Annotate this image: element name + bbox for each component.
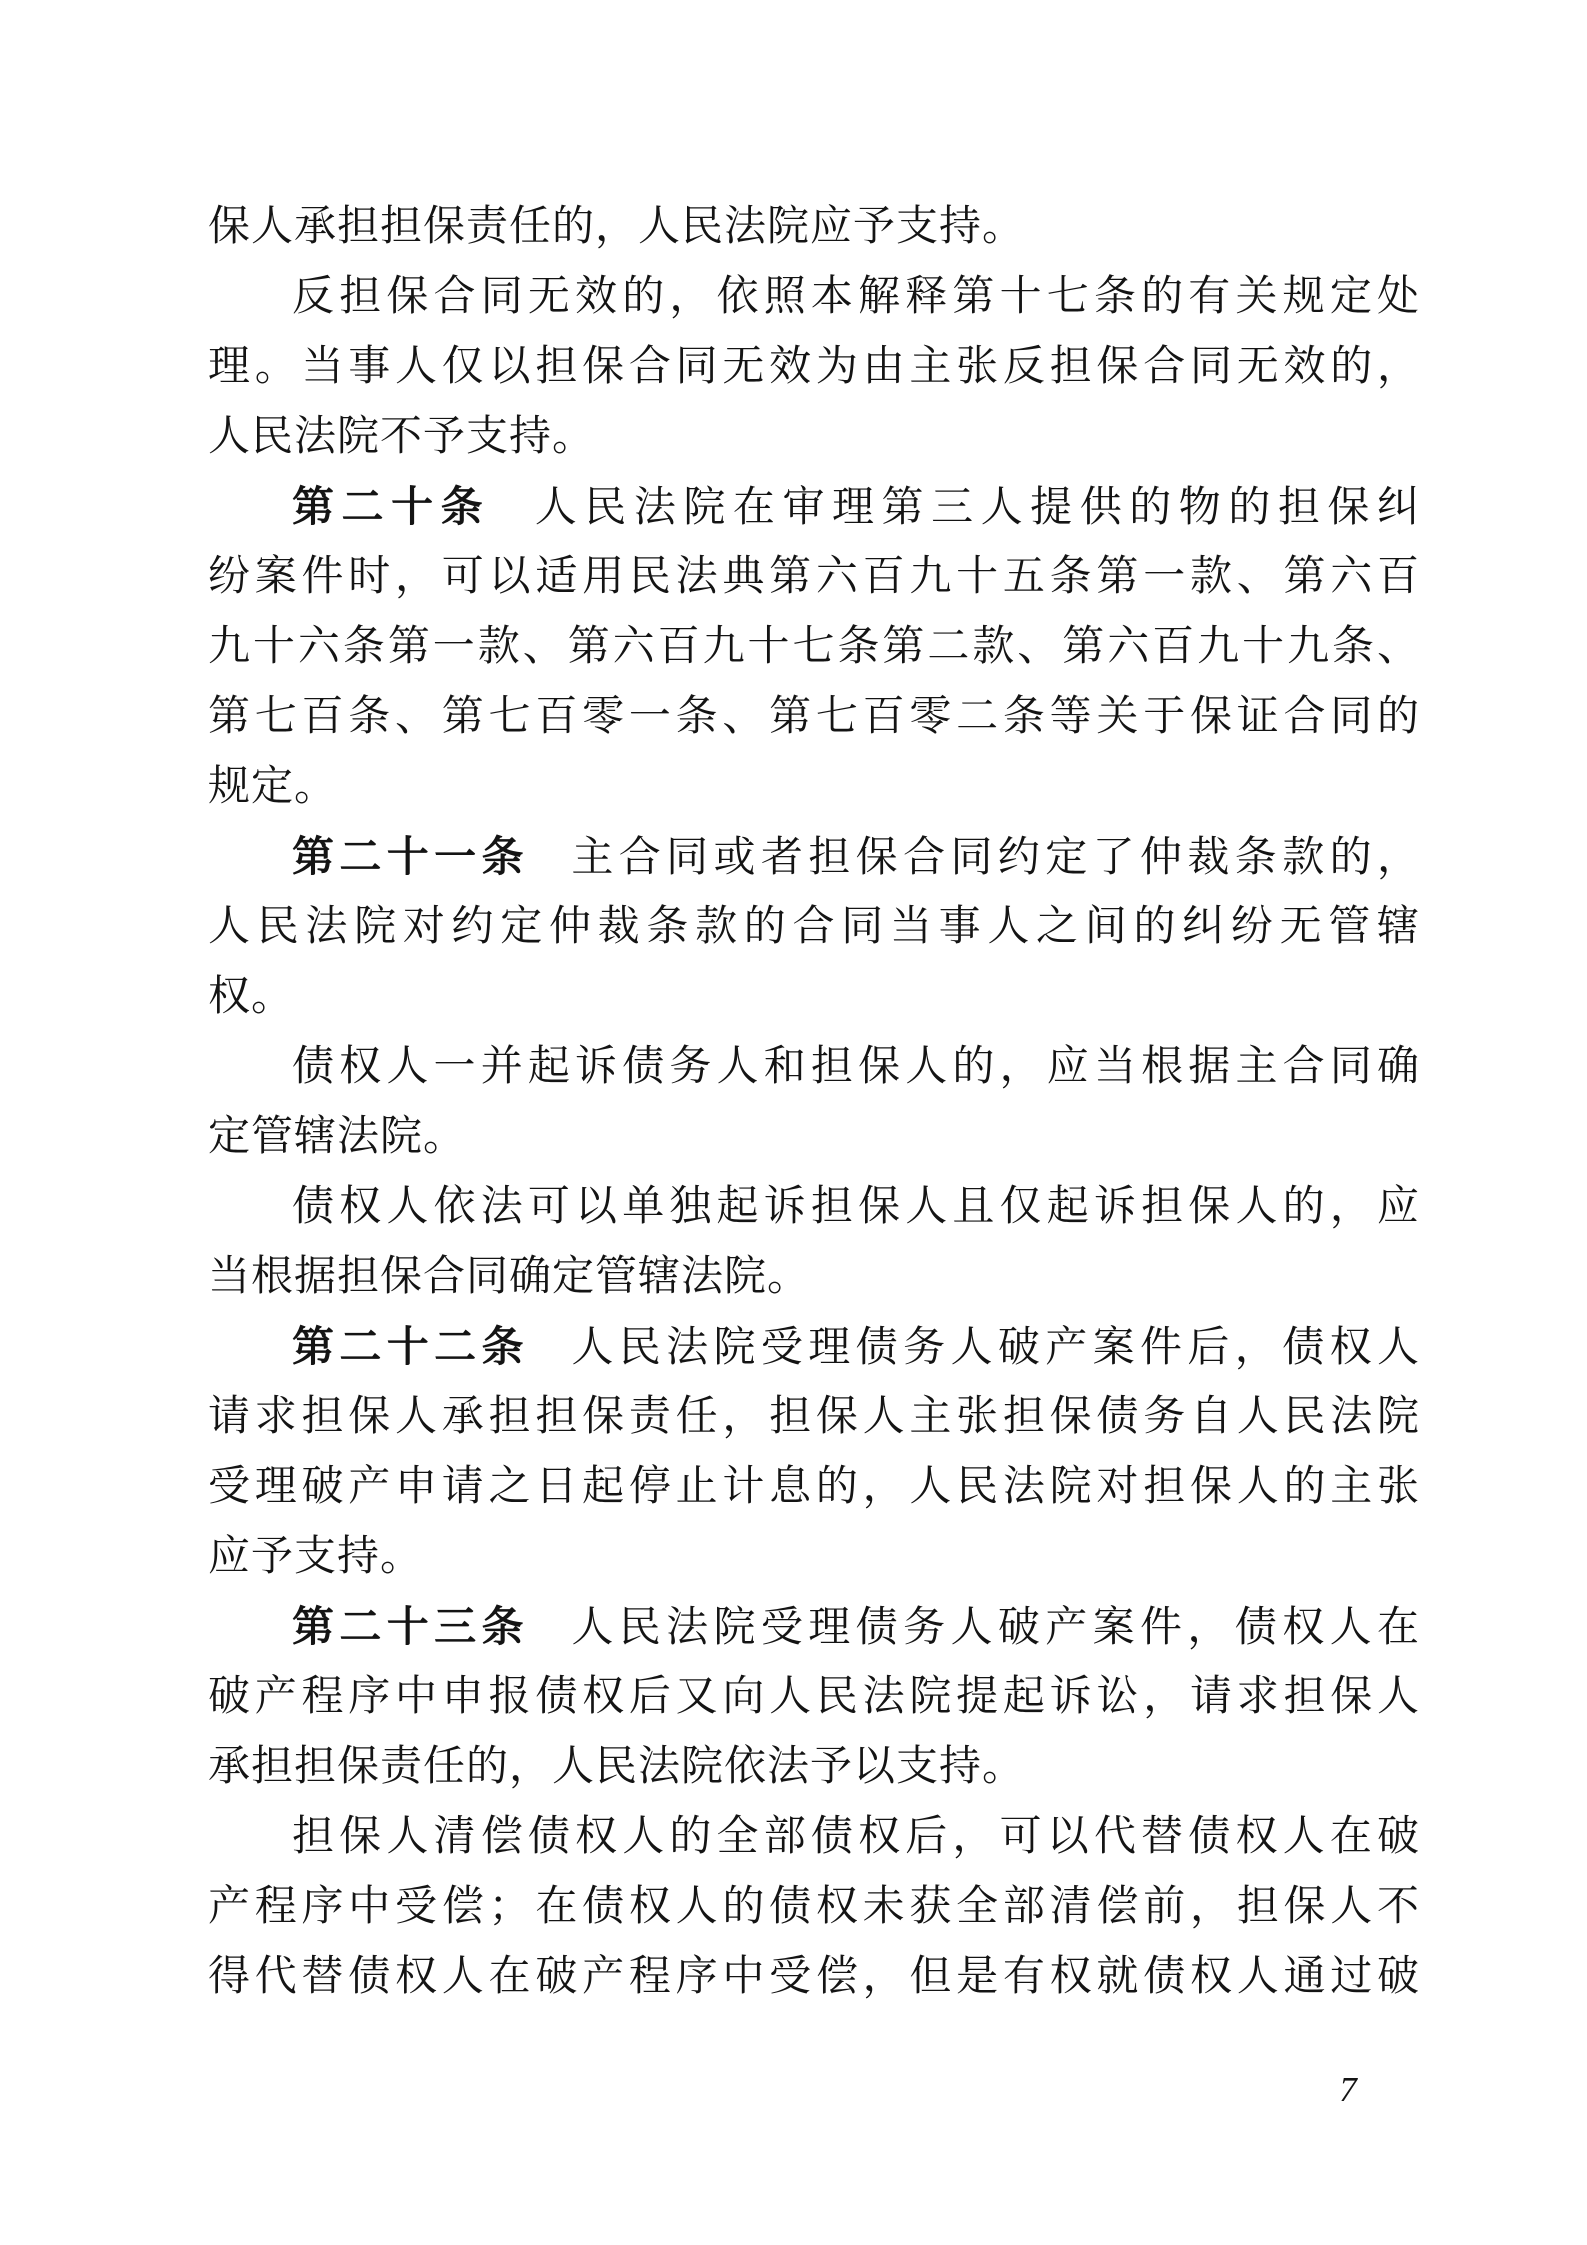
line-text: 请求担保人承担担保责任，担保人主张担保债务自人民法院	[208, 1394, 1420, 1440]
line-text: 九十六条第一款、第六百九十七条第二款、第六百九十九条、	[208, 624, 1420, 670]
text-line: 承担担保责任的，人民法院依法予以支持。	[208, 1732, 1420, 1802]
text-line: 规定。	[208, 752, 1420, 822]
text-line: 请求担保人承担担保责任，担保人主张担保债务自人民法院	[208, 1382, 1420, 1452]
line-text: 纷案件时，可以适用民法典第六百九十五条第一款、第六百	[208, 554, 1420, 600]
line-text: 人民法院在审理第三人提供的物的担保纠	[528, 485, 1420, 531]
page-number: 7	[1318, 2070, 1378, 2110]
text-line: 第二十二条人民法院受理债务人破产案件后，债权人	[208, 1312, 1420, 1382]
article-number: 第二十一条	[292, 833, 529, 880]
line-text: 人民法院受理债务人破产案件，债权人在	[567, 1605, 1420, 1651]
line-text: 反担保合同无效的，依照本解释第十七条的有关规定处	[292, 274, 1420, 320]
line-text: 债权人一并起诉债务人和担保人的，应当根据主合同确	[292, 1044, 1420, 1090]
document-page: 保人承担担保责任的，人民法院应予支持。反担保合同无效的，依照本解释第十七条的有关…	[0, 0, 1587, 2245]
text-line: 反担保合同无效的，依照本解释第十七条的有关规定处	[208, 262, 1420, 332]
article-number: 第二十三条	[292, 1603, 529, 1650]
text-line: 第二十三条人民法院受理债务人破产案件，债权人在	[208, 1592, 1420, 1662]
line-text: 定管辖法院。	[208, 1114, 466, 1160]
line-text: 得代替债权人在破产程序中受偿，但是有权就债权人通过破	[208, 1954, 1420, 2000]
text-line: 第七百条、第七百零一条、第七百零二条等关于保证合同的	[208, 682, 1420, 752]
text-line: 得代替债权人在破产程序中受偿，但是有权就债权人通过破	[208, 1942, 1420, 2012]
text-line: 第二十一条主合同或者担保合同约定了仲裁条款的，	[208, 822, 1420, 892]
line-text: 当根据担保合同确定管辖法院。	[208, 1254, 810, 1300]
text-line: 保人承担担保责任的，人民法院应予支持。	[208, 192, 1420, 262]
text-line: 理。当事人仅以担保合同无效为由主张反担保合同无效的，	[208, 332, 1420, 402]
line-text: 债权人依法可以单独起诉担保人且仅起诉担保人的，应	[292, 1184, 1420, 1230]
line-text: 人民法院受理债务人破产案件后，债权人	[567, 1325, 1420, 1371]
text-line: 九十六条第一款、第六百九十七条第二款、第六百九十九条、	[208, 612, 1420, 682]
line-text: 受理破产申请之日起停止计息的，人民法院对担保人的主张	[208, 1464, 1420, 1510]
line-text: 破产程序中申报债权后又向人民法院提起诉讼，请求担保人	[208, 1674, 1420, 1720]
line-text: 权。	[208, 974, 294, 1020]
line-text: 产程序中受偿；在债权人的债权未获全部清偿前，担保人不	[208, 1884, 1420, 1930]
line-text: 第七百条、第七百零一条、第七百零二条等关于保证合同的	[208, 694, 1420, 740]
text-line: 破产程序中申报债权后又向人民法院提起诉讼，请求担保人	[208, 1662, 1420, 1732]
text-line: 当根据担保合同确定管辖法院。	[208, 1242, 1420, 1312]
text-line: 受理破产申请之日起停止计息的，人民法院对担保人的主张	[208, 1452, 1420, 1522]
line-text: 主合同或者担保合同约定了仲裁条款的，	[567, 835, 1420, 881]
line-text: 担保人清偿债权人的全部债权后，可以代替债权人在破	[292, 1814, 1420, 1860]
text-line: 人民法院对约定仲裁条款的合同当事人之间的纠纷无管辖	[208, 892, 1420, 962]
document-body: 保人承担担保责任的，人民法院应予支持。反担保合同无效的，依照本解释第十七条的有关…	[208, 192, 1420, 2012]
text-line: 第二十条人民法院在审理第三人提供的物的担保纠	[208, 472, 1420, 542]
text-line: 应予支持。	[208, 1522, 1420, 1592]
text-line: 纷案件时，可以适用民法典第六百九十五条第一款、第六百	[208, 542, 1420, 612]
text-line: 产程序中受偿；在债权人的债权未获全部清偿前，担保人不	[208, 1872, 1420, 1942]
line-text: 承担担保责任的，人民法院依法予以支持。	[208, 1744, 1025, 1790]
text-line: 担保人清偿债权人的全部债权后，可以代替债权人在破	[208, 1802, 1420, 1872]
line-text: 人民法院不予支持。	[208, 414, 595, 460]
text-line: 权。	[208, 962, 1420, 1032]
line-text: 规定。	[208, 764, 337, 810]
text-line: 人民法院不予支持。	[208, 402, 1420, 472]
text-line: 债权人依法可以单独起诉担保人且仅起诉担保人的，应	[208, 1172, 1420, 1242]
text-line: 定管辖法院。	[208, 1102, 1420, 1172]
line-text: 应予支持。	[208, 1534, 423, 1580]
article-number: 第二十二条	[292, 1323, 529, 1370]
line-text: 人民法院对约定仲裁条款的合同当事人之间的纠纷无管辖	[208, 904, 1420, 950]
line-text: 理。当事人仅以担保合同无效为由主张反担保合同无效的，	[208, 344, 1420, 390]
text-line: 债权人一并起诉债务人和担保人的，应当根据主合同确	[208, 1032, 1420, 1102]
article-number: 第二十条	[292, 483, 490, 530]
line-text: 保人承担担保责任的，人民法院应予支持。	[208, 204, 1025, 250]
